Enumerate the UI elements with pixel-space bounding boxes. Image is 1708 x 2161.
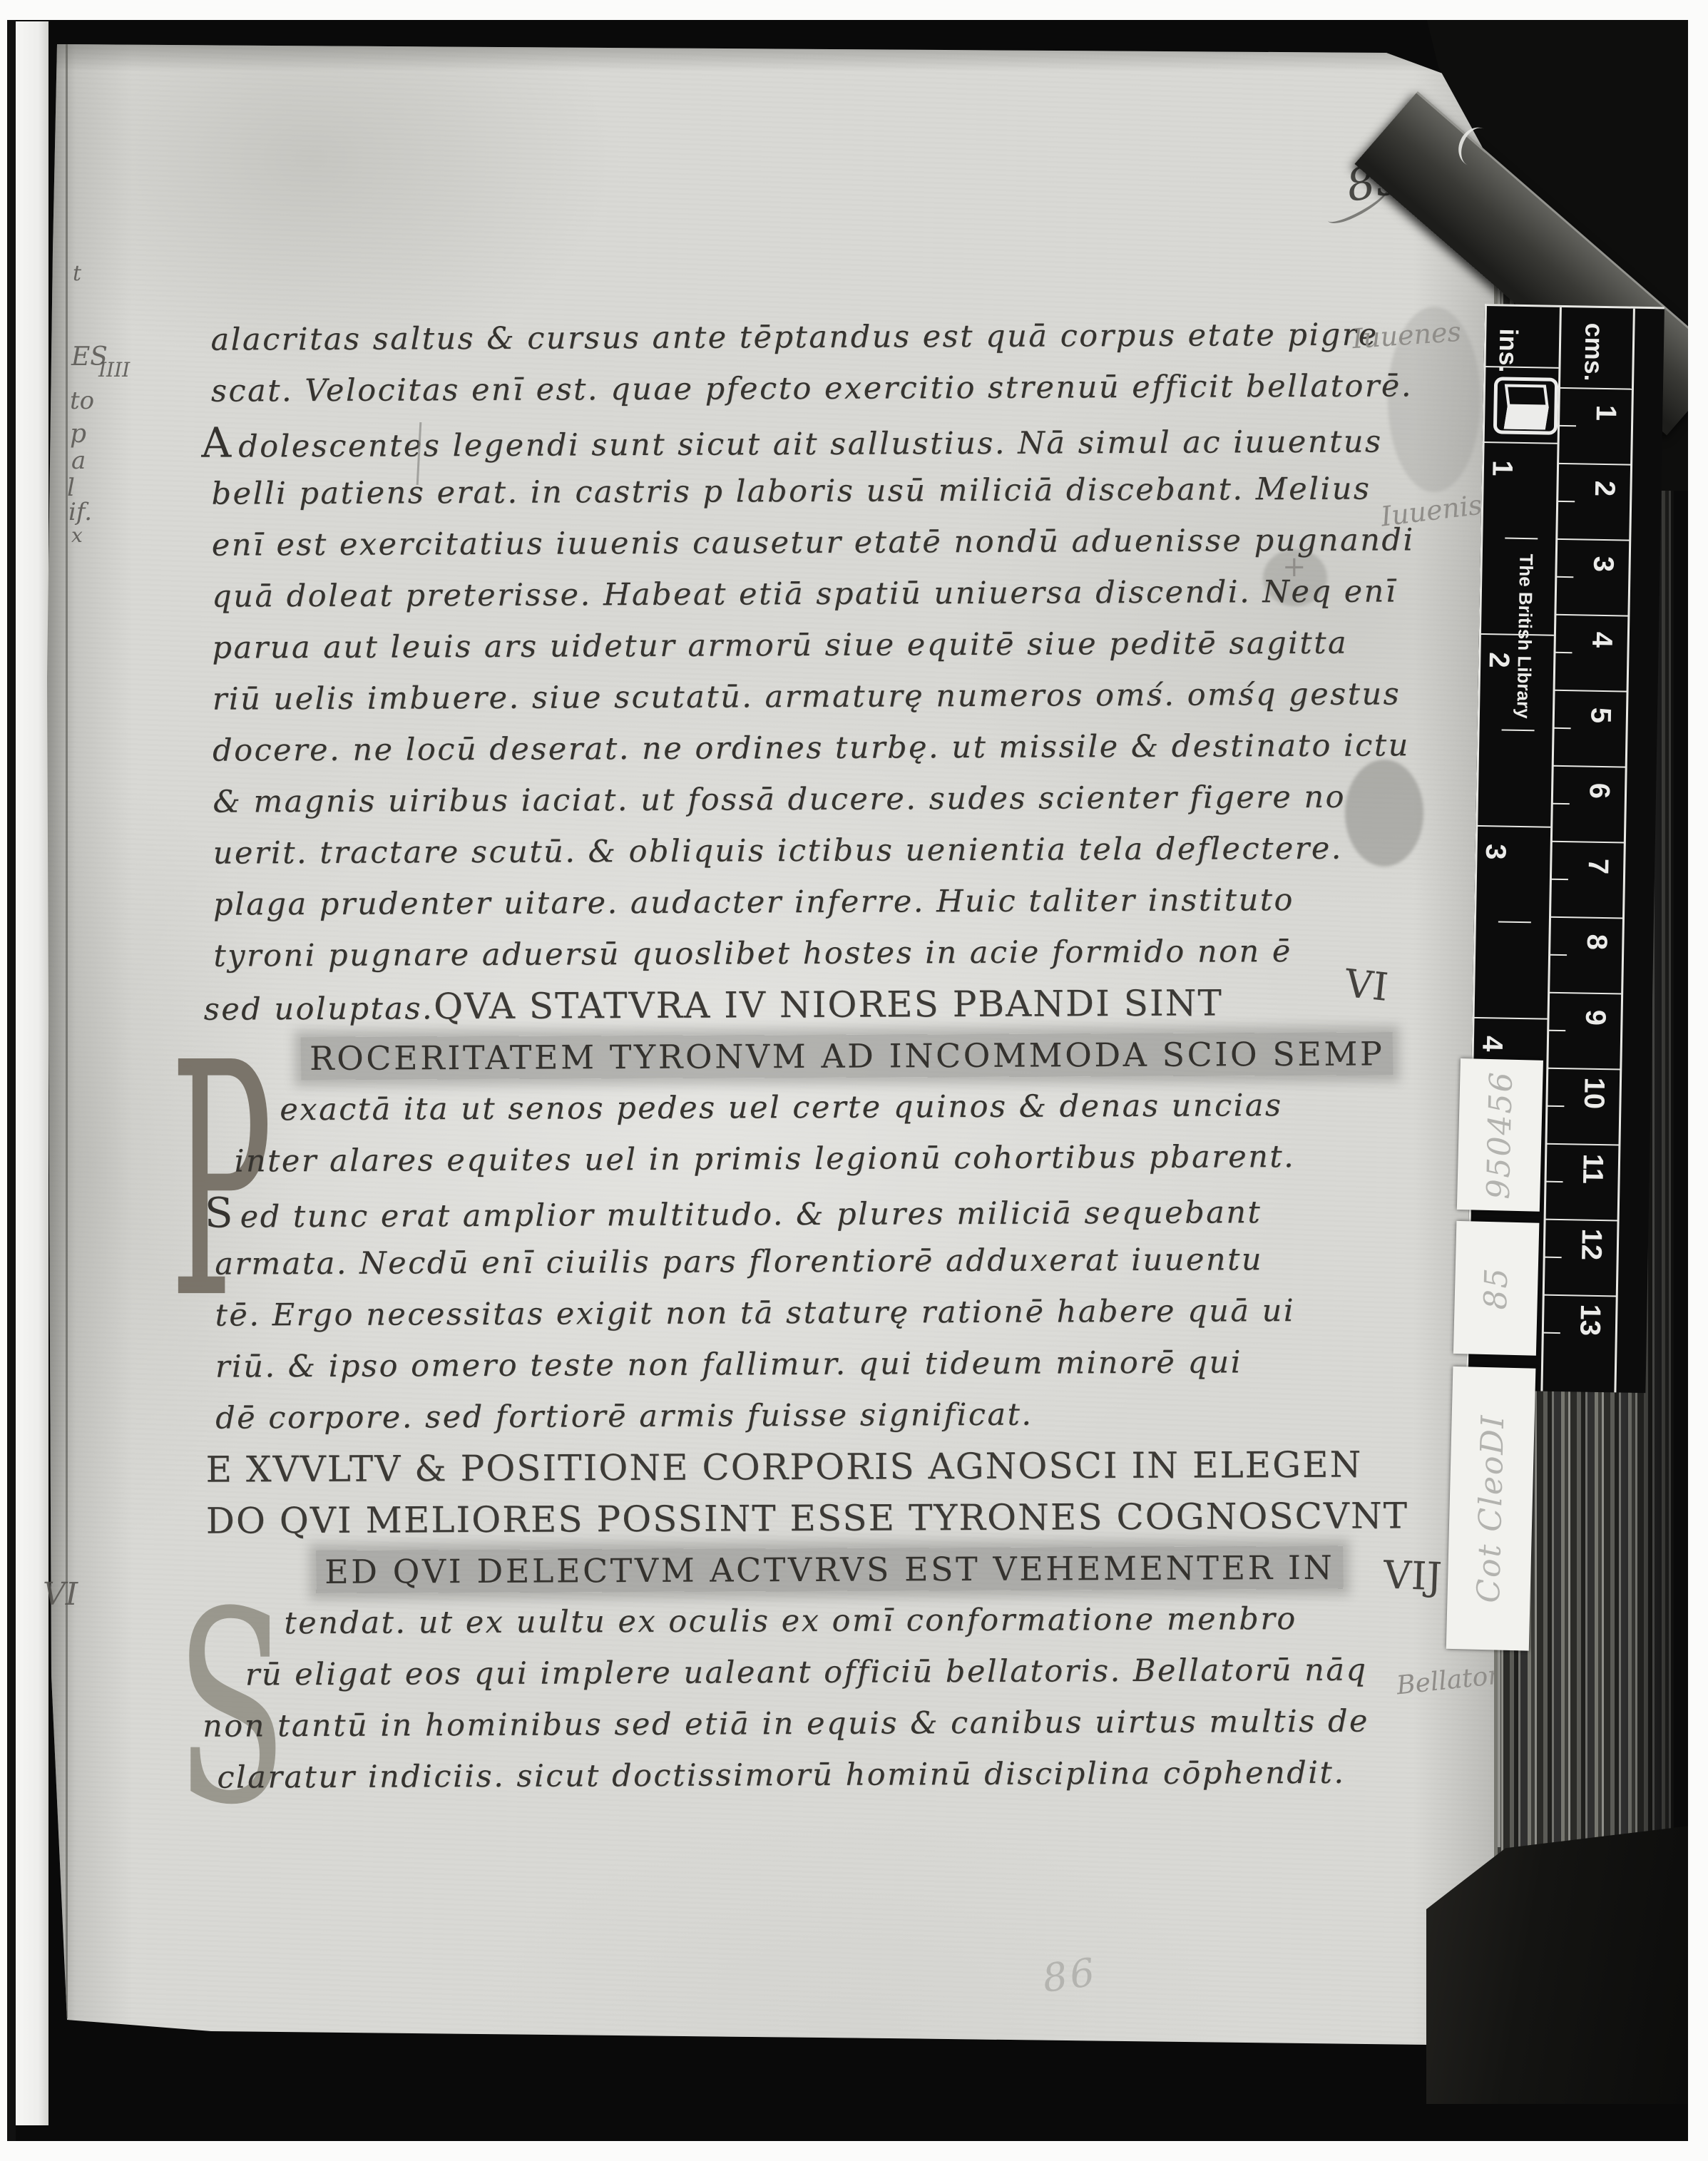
edge-text-fragment: to (70, 387, 94, 415)
line-segment: armata. Necdū enī ciuilis pars florentio… (215, 1242, 1263, 1282)
cm-number-text: 5 (1584, 707, 1616, 723)
british-library-logo (1493, 377, 1558, 435)
cm-number: 11 (1576, 1149, 1608, 1188)
inch-number: 3 (1479, 832, 1511, 872)
library-name: The British Library (1503, 515, 1547, 758)
line-segment: inter alares equites uel in primis legio… (235, 1139, 1296, 1179)
line-segment: uerit. tractare scutū. & obliquis ictibu… (213, 831, 1343, 872)
cm-line (1553, 765, 1627, 768)
text-line: belli patiens erat. in castris p laboris… (211, 463, 1395, 519)
shelfmark-stickers: 95045685Cot CleoDI (1446, 1058, 1543, 1651)
cm-line (1550, 916, 1624, 919)
text-line: dē corpore. sed fortiorē armis fuisse si… (215, 1387, 1399, 1444)
inch-line (1473, 1017, 1548, 1020)
shelfmark-text: Cot CleoDI (1471, 1414, 1511, 1603)
line-segment: exactā ita ut senos pedes uel certe quin… (280, 1088, 1282, 1128)
ins-label: ins. (1489, 316, 1528, 385)
half-cm-tick (1543, 1332, 1560, 1334)
inch-number: 1 (1486, 449, 1518, 488)
line-segment: alacritas saltus & cursus ante tēptandus… (211, 317, 1379, 357)
inch-number-text: 1 (1485, 460, 1518, 476)
cm-line (1557, 538, 1630, 541)
line-segment: scat. Velocitas enī est. quae pfecto exe… (211, 368, 1413, 409)
text-line: quā doleat preterisse. Habeat etiā spati… (212, 566, 1396, 622)
line-segment: docere. ne locū deserat. ne ordines turb… (213, 727, 1410, 768)
cm-number-text: 1 (1590, 404, 1622, 421)
edge-text-fragment: x (71, 523, 83, 547)
manuscript-photo: alacritas saltus & cursus ante tēptandus… (0, 0, 1708, 2161)
cm-number-text: 10 (1577, 1077, 1610, 1109)
shelfmark-text: 950456 (1481, 1071, 1520, 1200)
line-segment: riū uelis imbuere. siue scutatū. armatur… (213, 676, 1401, 717)
text-line: enī est exercitatius iuuenis causetur et… (212, 514, 1396, 571)
page-top-shadow (47, 36, 1513, 71)
half-cm-tick (1553, 803, 1570, 804)
text-line: tendat. ut ex uultu ex oculis ex omī con… (284, 1593, 1400, 1649)
cm-line (1549, 992, 1622, 995)
line-segment: sed uoluptas. (204, 991, 434, 1027)
ruler-ticks: 123456789101112131234 (1485, 306, 1664, 309)
cm-number: 9 (1579, 998, 1611, 1037)
cm-number: 2 (1588, 469, 1620, 509)
cm-number-text: 11 (1576, 1153, 1609, 1184)
half-cm-tick (1551, 879, 1568, 880)
line-segment: S (205, 1188, 235, 1237)
half-cm-tick (1548, 1030, 1565, 1031)
line-segment: rū eligat eos qui implere ualeant offici… (245, 1652, 1368, 1693)
text-line: claratur indiciis. sicut doctissimorū ho… (217, 1747, 1401, 1803)
cm-number-text: 9 (1579, 1009, 1611, 1026)
half-cm-tick (1547, 1105, 1564, 1107)
text-line: inter alares equites uel in primis legio… (234, 1130, 1398, 1187)
half-cm-tick (1550, 954, 1567, 956)
left-page-gap (6, 20, 16, 2141)
ruler-divider (1540, 307, 1562, 1391)
text-line: riū. & ipso omero teste non fallimur. qu… (215, 1336, 1399, 1392)
page-bottom-shadow (47, 2043, 1513, 2086)
text-line: Adolescentes legendi sunt sicut ait sall… (201, 412, 1395, 468)
line-segment: ED QVI DELECTVM ACTVRVS EST VEHEMENTER I… (316, 1546, 1343, 1593)
line-segment: A (201, 418, 232, 466)
text-line: sed uoluptas.QVA STATVRA IV NIORES PBAND… (204, 976, 1398, 1033)
edge-text-fragment: a (71, 446, 86, 475)
shelfmark-label: 950456 (1457, 1058, 1543, 1212)
text-line: alacritas saltus & cursus ante tēptandus… (210, 309, 1394, 365)
gutter-crease (66, 43, 68, 2018)
line-segment: parua aut leuis ars uidetur armorū siue … (212, 625, 1348, 666)
edge-text-fragment: p (70, 419, 86, 449)
cm-number: 10 (1577, 1073, 1610, 1113)
line-segment: quā doleat preterisse. Habeat etiā spati… (212, 573, 1397, 614)
line-segment: claratur indiciis. sicut doctissimorū ho… (217, 1755, 1345, 1796)
cm-number: 4 (1585, 620, 1617, 660)
half-cm-tick (1555, 652, 1572, 653)
inch-number: 2 (1483, 640, 1515, 680)
text-line: armata. Necdū enī ciuilis pars florentio… (215, 1233, 1398, 1289)
cm-line (1555, 614, 1629, 617)
line-segment: DO QVI MELIORES POSSINT ESSE TYRONES COG… (206, 1495, 1408, 1541)
cm-number: 5 (1584, 696, 1616, 735)
cms-label: cms. (1575, 317, 1613, 387)
cm-number: 1 (1590, 394, 1622, 433)
cm-line (1545, 1219, 1619, 1222)
inch-line (1476, 825, 1550, 828)
inch-number-text: 4 (1476, 1036, 1508, 1052)
text-line: rū eligat eos qui implere ualeant offici… (245, 1644, 1401, 1700)
cm-number: 12 (1575, 1225, 1607, 1264)
cm-number-text: 3 (1587, 556, 1619, 572)
line-segment: & magnis uiribus iaciat. ut fossā ducere… (213, 780, 1346, 820)
half-cm-tick (1545, 1257, 1562, 1258)
cm-line (1558, 463, 1632, 466)
text-lines: alacritas saltus & cursus ante tēptandus… (210, 309, 1401, 1803)
line-segment: non tantū in hominibus sed etiā in equis… (203, 1704, 1369, 1744)
text-line: scat. Velocitas enī est. quae pfecto exe… (211, 360, 1395, 417)
text-line: parua aut leuis ars uidetur armorū siue … (212, 617, 1396, 673)
margin-note: + (1282, 551, 1306, 583)
cm-number-text: 12 (1575, 1228, 1607, 1260)
text-line: exactā ita ut senos pedes uel certe quin… (280, 1079, 1398, 1135)
line-segment: tyroni pugnare aduersū quoslibet hostes … (213, 934, 1292, 974)
line-segment: dolescentes legendi sunt sicut ait sallu… (238, 424, 1383, 464)
text-line: tē. Ergo necessitas exigit non tā statur… (215, 1284, 1398, 1341)
cm-line (1546, 1143, 1620, 1146)
cm-number-text: 4 (1585, 631, 1617, 648)
margin-note: VIJ (1383, 1553, 1443, 1600)
line-segment: E XVVLTV & POSITIONE CORPORIS AGNOSCI IN… (205, 1444, 1362, 1491)
edge-text-fragment: t (73, 261, 81, 286)
line-segment: enī est exercitatius iuuenis causetur et… (212, 522, 1415, 563)
line-segment: ed tunc erat amplior multitudo. & plures… (240, 1195, 1262, 1235)
cm-line (1544, 1294, 1617, 1297)
cm-number-text: 6 (1582, 782, 1615, 799)
cm-number: 8 (1580, 922, 1612, 961)
inch-number-text: 3 (1479, 844, 1511, 860)
shelfmark-label: 85 (1453, 1221, 1540, 1356)
half-cm-tick (1558, 501, 1575, 502)
text-line: plaga prudenter uitare. audacter inferre… (213, 874, 1397, 930)
text-line: ED QVI DELECTVM ACTVRVS EST VEHEMENTER I… (316, 1541, 1400, 1598)
cm-number-text: 8 (1580, 934, 1612, 950)
line-segment: ROCERITATEM TYRONVM AD INCOMMODA SCIO SE… (301, 1032, 1393, 1080)
cm-number: 7 (1582, 847, 1614, 887)
margin-note: VI (1343, 961, 1391, 1010)
cm-number: 3 (1587, 545, 1619, 584)
line-segment: riū. & ipso omero teste non fallimur. qu… (215, 1344, 1242, 1384)
text-line: uerit. tractare scutū. & obliquis ictibu… (213, 822, 1397, 879)
text-line: ROCERITATEM TYRONVM AD INCOMMODA SCIO SE… (301, 1028, 1398, 1084)
cm-number-text: 13 (1573, 1304, 1606, 1336)
cm-line (1560, 387, 1633, 390)
half-inch-tick (1498, 921, 1531, 923)
text-line: tyroni pugnare aduersū quoslibet hostes … (213, 925, 1397, 981)
logo-book-page-left (1505, 384, 1549, 408)
inch-number: 4 (1476, 1024, 1508, 1063)
text-line: & magnis uiribus iaciat. ut fossā ducere… (213, 771, 1396, 827)
shelfmark-label: Cot CleoDI (1446, 1366, 1536, 1651)
text-line: docere. ne locū deserat. ne ordines turb… (213, 720, 1396, 776)
inch-line (1483, 441, 1558, 444)
text-line: E XVVLTV & POSITIONE CORPORIS AGNOSCI IN… (205, 1439, 1399, 1495)
logo-book-page-right (1504, 407, 1549, 430)
line-segment: QVA STATVRA IV NIORES PBANDI SINT (434, 982, 1223, 1027)
text-line: Sed tunc erat amplior multitudo. & plure… (205, 1182, 1398, 1238)
cm-number-text: 2 (1588, 480, 1620, 496)
cm-number: 13 (1574, 1300, 1606, 1339)
line-segment: belli patiens erat. in castris p laboris… (211, 471, 1371, 512)
cm-number: 6 (1583, 772, 1615, 811)
shelfmark-text: 85 (1478, 1267, 1515, 1310)
edge-text-fragment: IIII (98, 358, 130, 382)
folio-number-bottom: 86 (1040, 1949, 1100, 2001)
facing-page-edge (16, 21, 48, 2125)
line-segment: tē. Ergo necessitas exigit non tā statur… (215, 1293, 1295, 1334)
half-cm-tick (1559, 425, 1576, 426)
line-segment: dē corpore. sed fortiorē armis fuisse si… (215, 1397, 1033, 1436)
edge-text-fragment: VI (43, 1576, 78, 1613)
line-segment: tendat. ut ex uultu ex oculis ex omī con… (284, 1601, 1297, 1641)
inch-number-text: 2 (1483, 652, 1515, 668)
cm-line (1555, 690, 1628, 693)
half-cm-tick (1556, 576, 1573, 578)
text-line: riū uelis imbuere. siue scutatū. armatur… (213, 668, 1396, 725)
line-segment: plaga prudenter uitare. audacter inferre… (213, 882, 1294, 923)
text-line: non tantū in hominibus sed etiā in equis… (203, 1695, 1401, 1752)
edge-text-fragment: if. (68, 498, 92, 526)
cm-number-text: 7 (1582, 858, 1614, 874)
half-cm-tick (1546, 1181, 1563, 1182)
half-cm-tick (1554, 727, 1571, 729)
cm-line (1548, 1068, 1621, 1071)
cm-line (1552, 841, 1625, 844)
text-line: DO QVI MELIORES POSSINT ESSE TYRONES COG… (206, 1490, 1400, 1546)
